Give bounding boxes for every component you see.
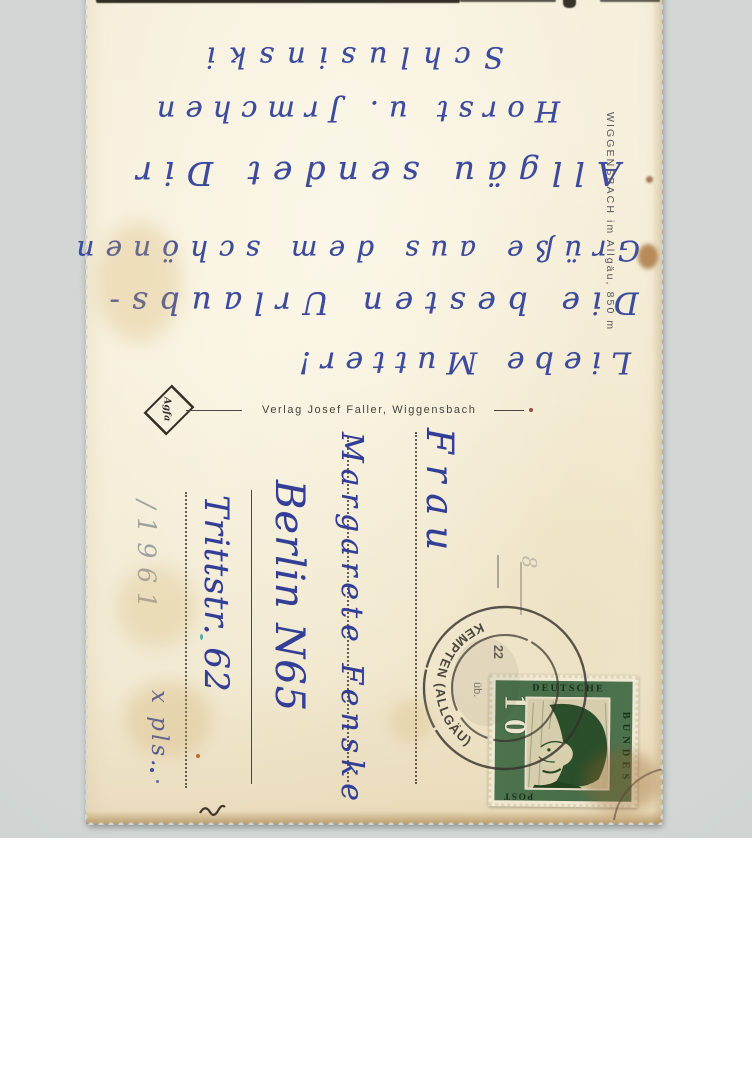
faint-pencil-mark: 8 [517,556,541,569]
portrait-engraving [526,699,610,791]
postcard: Schlusinski Horst u. Jrmchen Allgäu send… [86,0,662,824]
address-line-street: Trittstr. 62 [196,495,236,731]
message-line-2: Grüße aus dem schönen [90,234,640,266]
divider-dot [529,408,533,412]
top-edge-mark [96,0,460,3]
stamp-portrait-duerer: Dürer [524,697,610,791]
stamp-text-deutsche: DEUTSCHE [523,683,613,695]
address-line-frau: Frau [418,428,461,558]
agfa-logo-text: Agfa [146,384,188,434]
blue-ink-note: x pls. [146,690,172,790]
address-line-name: Margarete Fenske [334,432,369,794]
side-caption: WIGGENSBACH im Allgäu, 850 m [604,112,616,342]
address-line-city: Berlin N65 [266,480,312,706]
divider-dash-left [186,410,242,411]
stamp-text-post: POST [502,790,533,800]
publisher-row: Verlag Josef Faller, Wiggensbach [186,402,566,418]
pencil-year-note: /1961 [132,500,161,635]
right-edge-tint [652,0,662,824]
cyan-fleck [200,634,203,640]
publisher-imprint: Verlag Josef Faller, Wiggensbach [262,404,476,416]
message-line-signature-names: Horst u. Jrmchen [150,94,560,127]
top-edge-mark [563,0,576,8]
agfa-logo: Agfa [146,384,188,434]
orange-fleck [196,754,200,758]
deckle-edge-left [85,0,91,824]
bottom-edge-tint [86,811,662,824]
message-line-1: Die besten Urlaubs- [95,284,641,320]
postmark-town-text: KEMPTEN (ALLGÄU) [433,620,487,749]
age-stain [390,700,432,742]
postmark-date-mark: 22 [491,645,505,659]
stamp-text-bundes: BUNDES [620,712,632,785]
stamp-microtext: Dürer [598,778,603,787]
stamp-field: DEUTSCHE BUNDES POST 10 [494,680,632,801]
address-rule-1 [415,432,417,784]
message-salutation: Liebe Mutter! [295,344,631,379]
ink-splatter [150,768,154,772]
address-rule-4 [185,492,187,788]
message-line-signature-surname: Schlusinski [191,40,506,73]
divider-dash-right [494,410,524,411]
photo-backdrop: Schlusinski Horst u. Jrmchen Allgäu send… [0,0,752,838]
ink-splatter [156,780,159,783]
address-rule-3 [251,490,252,784]
top-edge-mark [600,0,660,2]
message-line-3: Allgäu sendet Dir [120,154,625,192]
top-edge-mark [460,0,556,2]
postage-stamp: DEUTSCHE BUNDES POST 10 [488,674,638,808]
page-lower-white-area [0,838,752,1072]
postmark-center-mark: üb. [471,682,483,697]
